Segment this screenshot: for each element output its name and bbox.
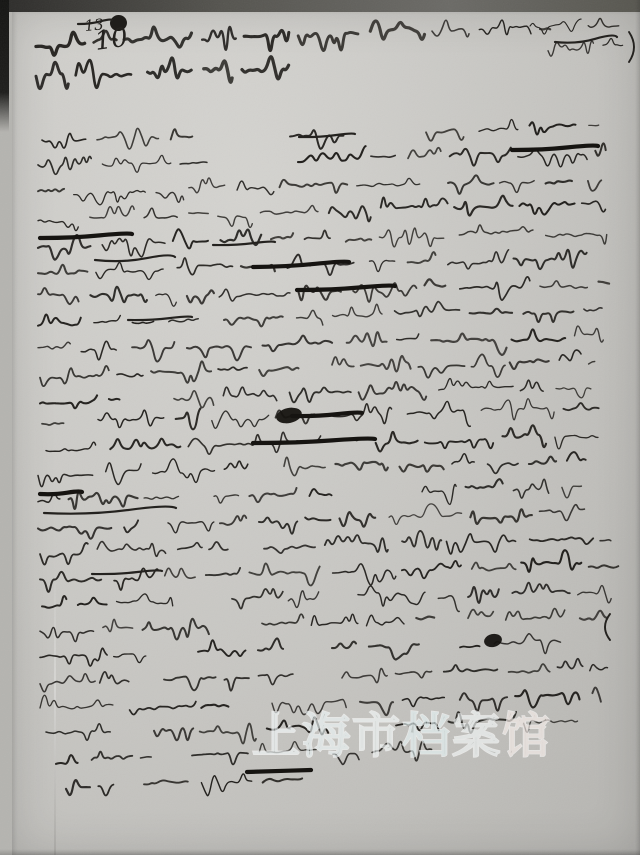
manuscript-photo: 1310 上海市档案馆 xyxy=(0,0,640,855)
handwriting-layer: 1310 上海市档案馆 xyxy=(0,0,640,855)
archive-watermark-text: 上海市档案馆 xyxy=(252,708,552,764)
svg-text:10: 10 xyxy=(93,23,130,57)
